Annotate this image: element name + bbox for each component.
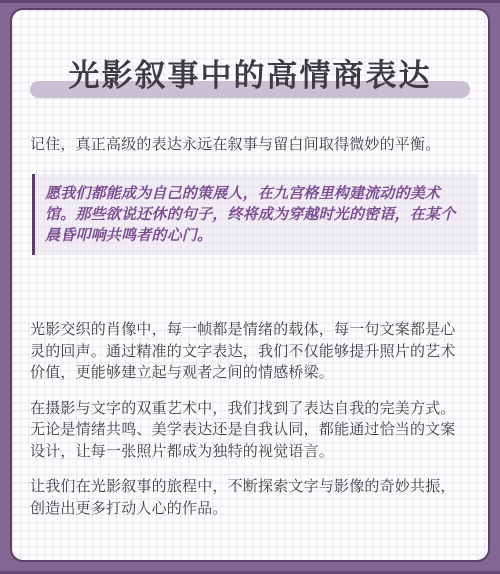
page-title: 光影叙事中的高情商表达 (30, 54, 470, 98)
body-paragraph-1: 光影交织的肖像中，每一帧都是情绪的载体，每一句文案都是心灵的回声。通过精准的文字… (30, 319, 470, 384)
body-paragraph-2: 在摄影与文字的双重艺术中，我们找到了表达自我的完美方式。无论是情绪共鸣、美学表达… (30, 398, 470, 463)
title-block: 光影叙事中的高情商表达 (30, 54, 470, 98)
content-card: 光影叙事中的高情商表达 记住，真正高级的表达永远在叙事与留白间取得微妙的平衡。 … (10, 8, 490, 562)
intro-line: 记住，真正高级的表达永远在叙事与留白间取得微妙的平衡。 (30, 134, 470, 156)
body-paragraph-3: 让我们在光影叙事的旅程中，不断探索文字与影像的奇妙共振，创造出更多打动人心的作品… (30, 476, 470, 519)
quote-text: 愿我们都能成为自己的策展人，在九宫格里构建流动的美术馆。那些欲说还休的句子，终将… (45, 183, 464, 246)
poster-frame: 光影叙事中的高情商表达 记住，真正高级的表达永远在叙事与留白间取得微妙的平衡。 … (0, 0, 500, 574)
quote-block: 愿我们都能成为自己的策展人，在九宫格里构建流动的美术馆。那些欲说还休的句子，终将… (32, 174, 478, 255)
